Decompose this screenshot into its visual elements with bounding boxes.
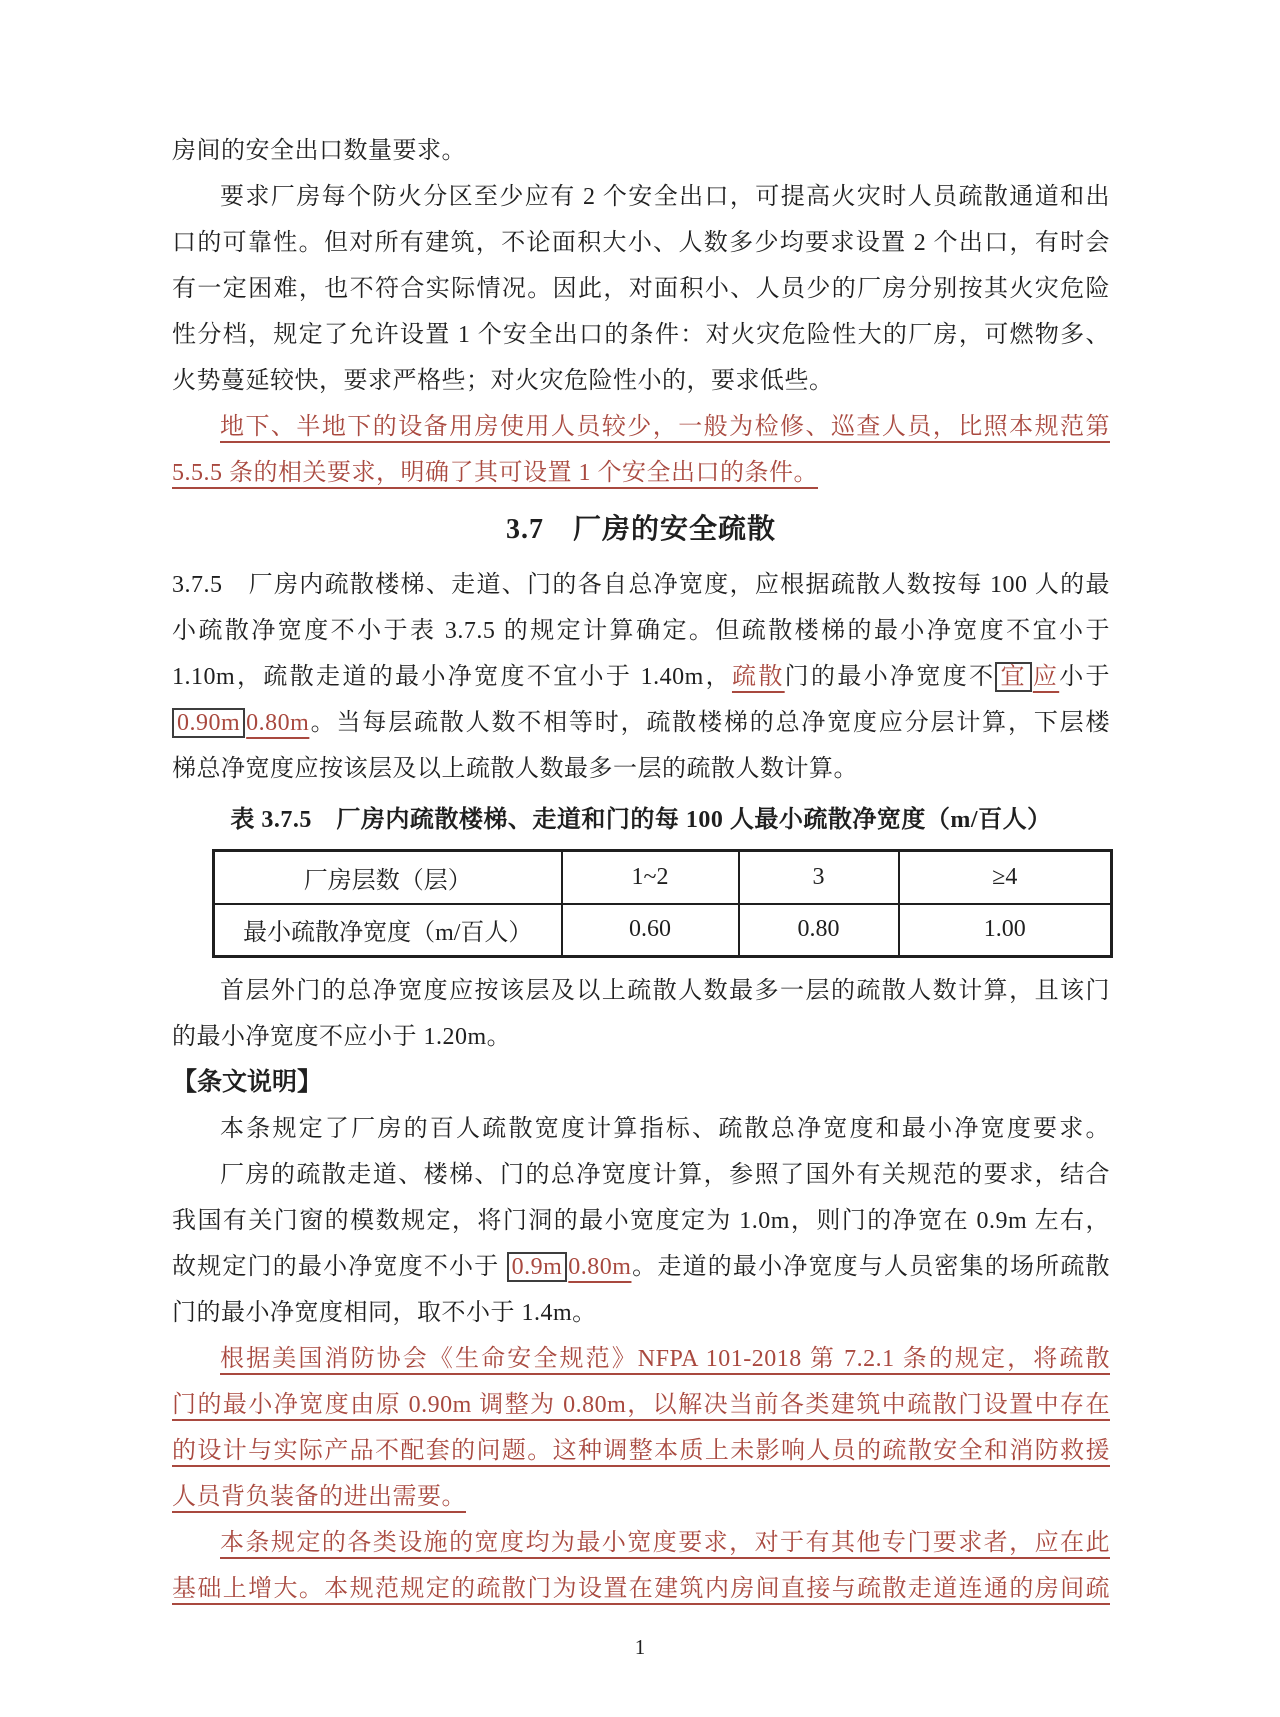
text-line: 的最小净宽度不应小于 1.20m。 <box>172 1014 1110 1060</box>
paragraph: 3.7.5 厂房内疏散楼梯、走道、门的各自总净宽度，应根据疏散人数按每 100 … <box>172 562 1110 792</box>
deleted-boxed-text: 0.9m <box>507 1252 568 1282</box>
text-line: 要求厂房每个防火分区至少应有 2 个安全出口，可提高火灾时人员疏散通道和出 <box>172 174 1110 220</box>
text-segment: 厂房的疏散走道、楼梯、门的总净宽度计算，参照了国外有关规范的要求，结合 <box>220 1162 1110 1188</box>
inserted-text: 根据美国消防协会《生命安全规范》NFPA 101-2018 第 7.2.1 条的… <box>220 1346 1110 1372</box>
text-line: 小疏散净宽度不小于表 3.7.5 的规定计算确定。但疏散楼梯的最小净宽度不宜小于 <box>172 608 1110 654</box>
table-cell: 1.00 <box>899 904 1112 957</box>
text-line: 人员背负装备的进出需要。 <box>172 1474 1110 1520</box>
table-cell: 最小疏散净宽度（m/百人） <box>214 904 562 957</box>
text-line: 本条规定了厂房的百人疏散宽度计算指标、疏散总净宽度和最小净宽度要求。 <box>172 1106 1110 1152</box>
text-segment: 火势蔓延较快，要求严格些；对火灾危险性小的，要求低些。 <box>172 368 834 394</box>
document-body: 房间的安全出口数量要求。要求厂房每个防火分区至少应有 2 个安全出口，可提高火灾… <box>172 128 1110 1612</box>
paragraph: 厂房的疏散走道、楼梯、门的总净宽度计算，参照了国外有关规范的要求，结合我国有关门… <box>172 1152 1110 1336</box>
table-header-cell: 厂房层数（层） <box>214 851 562 904</box>
table-cell: 0.60 <box>562 904 739 957</box>
deleted-boxed-text: 宜 <box>995 662 1031 692</box>
text-segment: 小疏散净宽度不小于表 3.7.5 的规定计算确定。但疏散楼梯的最小净宽度不宜小于 <box>172 618 1110 644</box>
text-segment: 房间的安全出口数量要求。 <box>172 138 466 164</box>
clause-note-label: 【条文说明】 <box>172 1060 1110 1106</box>
text-segment: 要求厂房每个防火分区至少应有 2 个安全出口，可提高火灾时人员疏散通道和出 <box>220 184 1110 210</box>
inserted-text: 地下、半地下的设备用房使用人员较少，一般为检修、巡查人员，比照本规范第 <box>220 414 1110 440</box>
text-segment: 1.10m，疏散走道的最小净宽度不宜小于 1.40m， <box>172 664 732 690</box>
text-segment: 小于 <box>1059 664 1110 690</box>
text-segment: 故规定门的最小净宽度不小于 <box>172 1254 507 1280</box>
inserted-text: 基础上增大。本规范规定的疏散门为设置在建筑内房间直接与疏散走道连通的房间疏 <box>172 1576 1110 1602</box>
text-segment: 的最小净宽度不应小于 1.20m。 <box>172 1024 511 1050</box>
text-line: 地下、半地下的设备用房使用人员较少，一般为检修、巡查人员，比照本规范第 <box>172 404 1110 450</box>
page-number: 1 <box>0 1632 1280 1662</box>
spec-table: 厂房层数（层）1~23≥4最小疏散净宽度（m/百人）0.600.801.00 <box>212 849 1113 958</box>
paragraph: 要求厂房每个防火分区至少应有 2 个安全出口，可提高火灾时人员疏散通道和出口的可… <box>172 174 1110 404</box>
text-segment: 口的可靠性。但对所有建筑，不论面积大小、人数多少均要求设置 2 个出口，有时会 <box>172 230 1110 256</box>
text-line: 门的最小净宽度由原 0.90m 调整为 0.80m，以解决当前各类建筑中疏散门设… <box>172 1382 1110 1428</box>
paragraph: 首层外门的总净宽度应按该层及以上疏散人数最多一层的疏散人数计算，且该门的最小净宽… <box>172 968 1110 1060</box>
table-cell: 0.80 <box>739 904 899 957</box>
table-caption: 表 3.7.5 厂房内疏散楼梯、走道和门的每 100 人最小疏散净宽度（m/百人… <box>172 798 1110 842</box>
table-header-cell: 3 <box>739 851 899 904</box>
text-line: 0.90m0.80m。当每层疏散人数不相等时，疏散楼梯的总净宽度应分层计算，下层… <box>172 700 1110 746</box>
inserted-text: 0.80m <box>246 710 309 736</box>
inserted-text: 应 <box>1033 664 1059 690</box>
paragraph: 本条规定了厂房的百人疏散宽度计算指标、疏散总净宽度和最小净宽度要求。 <box>172 1106 1110 1152</box>
text-segment: 。走道的最小净宽度与人员密集的场所疏散 <box>631 1254 1110 1280</box>
inserted-text: 0.80m <box>568 1254 631 1280</box>
text-segment: 首层外门的总净宽度应按该层及以上疏散人数最多一层的疏散人数计算，且该门 <box>220 978 1110 1004</box>
text-segment: 性分档，规定了允许设置 1 个安全出口的条件：对火灾危险性大的厂房，可燃物多、 <box>172 322 1110 348</box>
paragraph: 本条规定的各类设施的宽度均为最小宽度要求，对于有其他专门要求者，应在此基础上增大… <box>172 1520 1110 1612</box>
section-heading: 3.7 厂房的安全疏散 <box>172 501 1110 559</box>
text-line: 厂房的疏散走道、楼梯、门的总净宽度计算，参照了国外有关规范的要求，结合 <box>172 1152 1110 1198</box>
text-segment: 门的最小净宽度相同，取不小于 1.4m。 <box>172 1300 597 1326</box>
text-line: 房间的安全出口数量要求。 <box>172 128 1110 174</box>
text-segment: 。当每层疏散人数不相等时，疏散楼梯的总净宽度应分层计算，下层楼 <box>309 710 1110 736</box>
inserted-text: 5.5.5 条的相关要求，明确了其可设置 1 个安全出口的条件。 <box>172 460 818 486</box>
inserted-text: 人员背负装备的进出需要。 <box>172 1484 466 1510</box>
text-line: 首层外门的总净宽度应按该层及以上疏散人数最多一层的疏散人数计算，且该门 <box>172 968 1110 1014</box>
paragraph: 房间的安全出口数量要求。 <box>172 128 1110 174</box>
text-line: 我国有关门窗的模数规定，将门洞的最小宽度定为 1.0m，则门的净宽在 0.9m … <box>172 1198 1110 1244</box>
text-line: 门的最小净宽度相同，取不小于 1.4m。 <box>172 1290 1110 1336</box>
text-line: 口的可靠性。但对所有建筑，不论面积大小、人数多少均要求设置 2 个出口，有时会 <box>172 220 1110 266</box>
text-segment: 我国有关门窗的模数规定，将门洞的最小宽度定为 1.0m，则门的净宽在 0.9m … <box>172 1208 1110 1234</box>
text-line: 性分档，规定了允许设置 1 个安全出口的条件：对火灾危险性大的厂房，可燃物多、 <box>172 312 1110 358</box>
inserted-text: 门的最小净宽度由原 0.90m 调整为 0.80m，以解决当前各类建筑中疏散门设… <box>172 1392 1110 1418</box>
document-page: 房间的安全出口数量要求。要求厂房每个防火分区至少应有 2 个安全出口，可提高火灾… <box>0 0 1280 1717</box>
table-header-cell: ≥4 <box>899 851 1112 904</box>
text-segment: 本条规定了厂房的百人疏散宽度计算指标、疏散总净宽度和最小净宽度要求。 <box>220 1116 1110 1142</box>
inserted-text: 的设计与实际产品不配套的问题。这种调整本质上未影响人员的疏散安全和消防救援 <box>172 1438 1110 1464</box>
inserted-text: 本条规定的各类设施的宽度均为最小宽度要求，对于有其他专门要求者，应在此 <box>220 1530 1110 1556</box>
paragraph: 地下、半地下的设备用房使用人员较少，一般为检修、巡查人员，比照本规范第5.5.5… <box>172 404 1110 496</box>
text-line: 有一定困难，也不符合实际情况。因此，对面积小、人员少的厂房分别按其火灾危险 <box>172 266 1110 312</box>
text-line: 的设计与实际产品不配套的问题。这种调整本质上未影响人员的疏散安全和消防救援 <box>172 1428 1110 1474</box>
text-line: 基础上增大。本规范规定的疏散门为设置在建筑内房间直接与疏散走道连通的房间疏 <box>172 1566 1110 1612</box>
text-segment: 有一定困难，也不符合实际情况。因此，对面积小、人员少的厂房分别按其火灾危险 <box>172 276 1110 302</box>
table-row: 最小疏散净宽度（m/百人）0.600.801.00 <box>214 904 1112 957</box>
table-row: 厂房层数（层）1~23≥4 <box>214 851 1112 904</box>
text-line: 故规定门的最小净宽度不小于 0.9m0.80m。走道的最小净宽度与人员密集的场所… <box>172 1244 1110 1290</box>
text-segment: 梯总净宽度应按该层及以上疏散人数最多一层的疏散人数计算。 <box>172 756 858 782</box>
text-line: 3.7.5 厂房内疏散楼梯、走道、门的各自总净宽度，应根据疏散人数按每 100 … <box>172 562 1110 608</box>
text-line: 本条规定的各类设施的宽度均为最小宽度要求，对于有其他专门要求者，应在此 <box>172 1520 1110 1566</box>
text-line: 1.10m，疏散走道的最小净宽度不宜小于 1.40m，疏散门的最小净宽度不宜应小… <box>172 654 1110 700</box>
text-line: 梯总净宽度应按该层及以上疏散人数最多一层的疏散人数计算。 <box>172 746 1110 792</box>
text-line: 5.5.5 条的相关要求，明确了其可设置 1 个安全出口的条件。 <box>172 450 1110 496</box>
inserted-text: 疏散 <box>732 664 785 690</box>
text-segment: 3.7.5 厂房内疏散楼梯、走道、门的各自总净宽度，应根据疏散人数按每 100 … <box>172 572 1110 598</box>
text-segment: 门的最小净宽度不 <box>785 664 996 690</box>
paragraph: 根据美国消防协会《生命安全规范》NFPA 101-2018 第 7.2.1 条的… <box>172 1336 1110 1520</box>
text-line: 火势蔓延较快，要求严格些；对火灾危险性小的，要求低些。 <box>172 358 1110 404</box>
table-header-cell: 1~2 <box>562 851 739 904</box>
text-line: 根据美国消防协会《生命安全规范》NFPA 101-2018 第 7.2.1 条的… <box>172 1336 1110 1382</box>
deleted-boxed-text: 0.90m <box>172 708 245 738</box>
